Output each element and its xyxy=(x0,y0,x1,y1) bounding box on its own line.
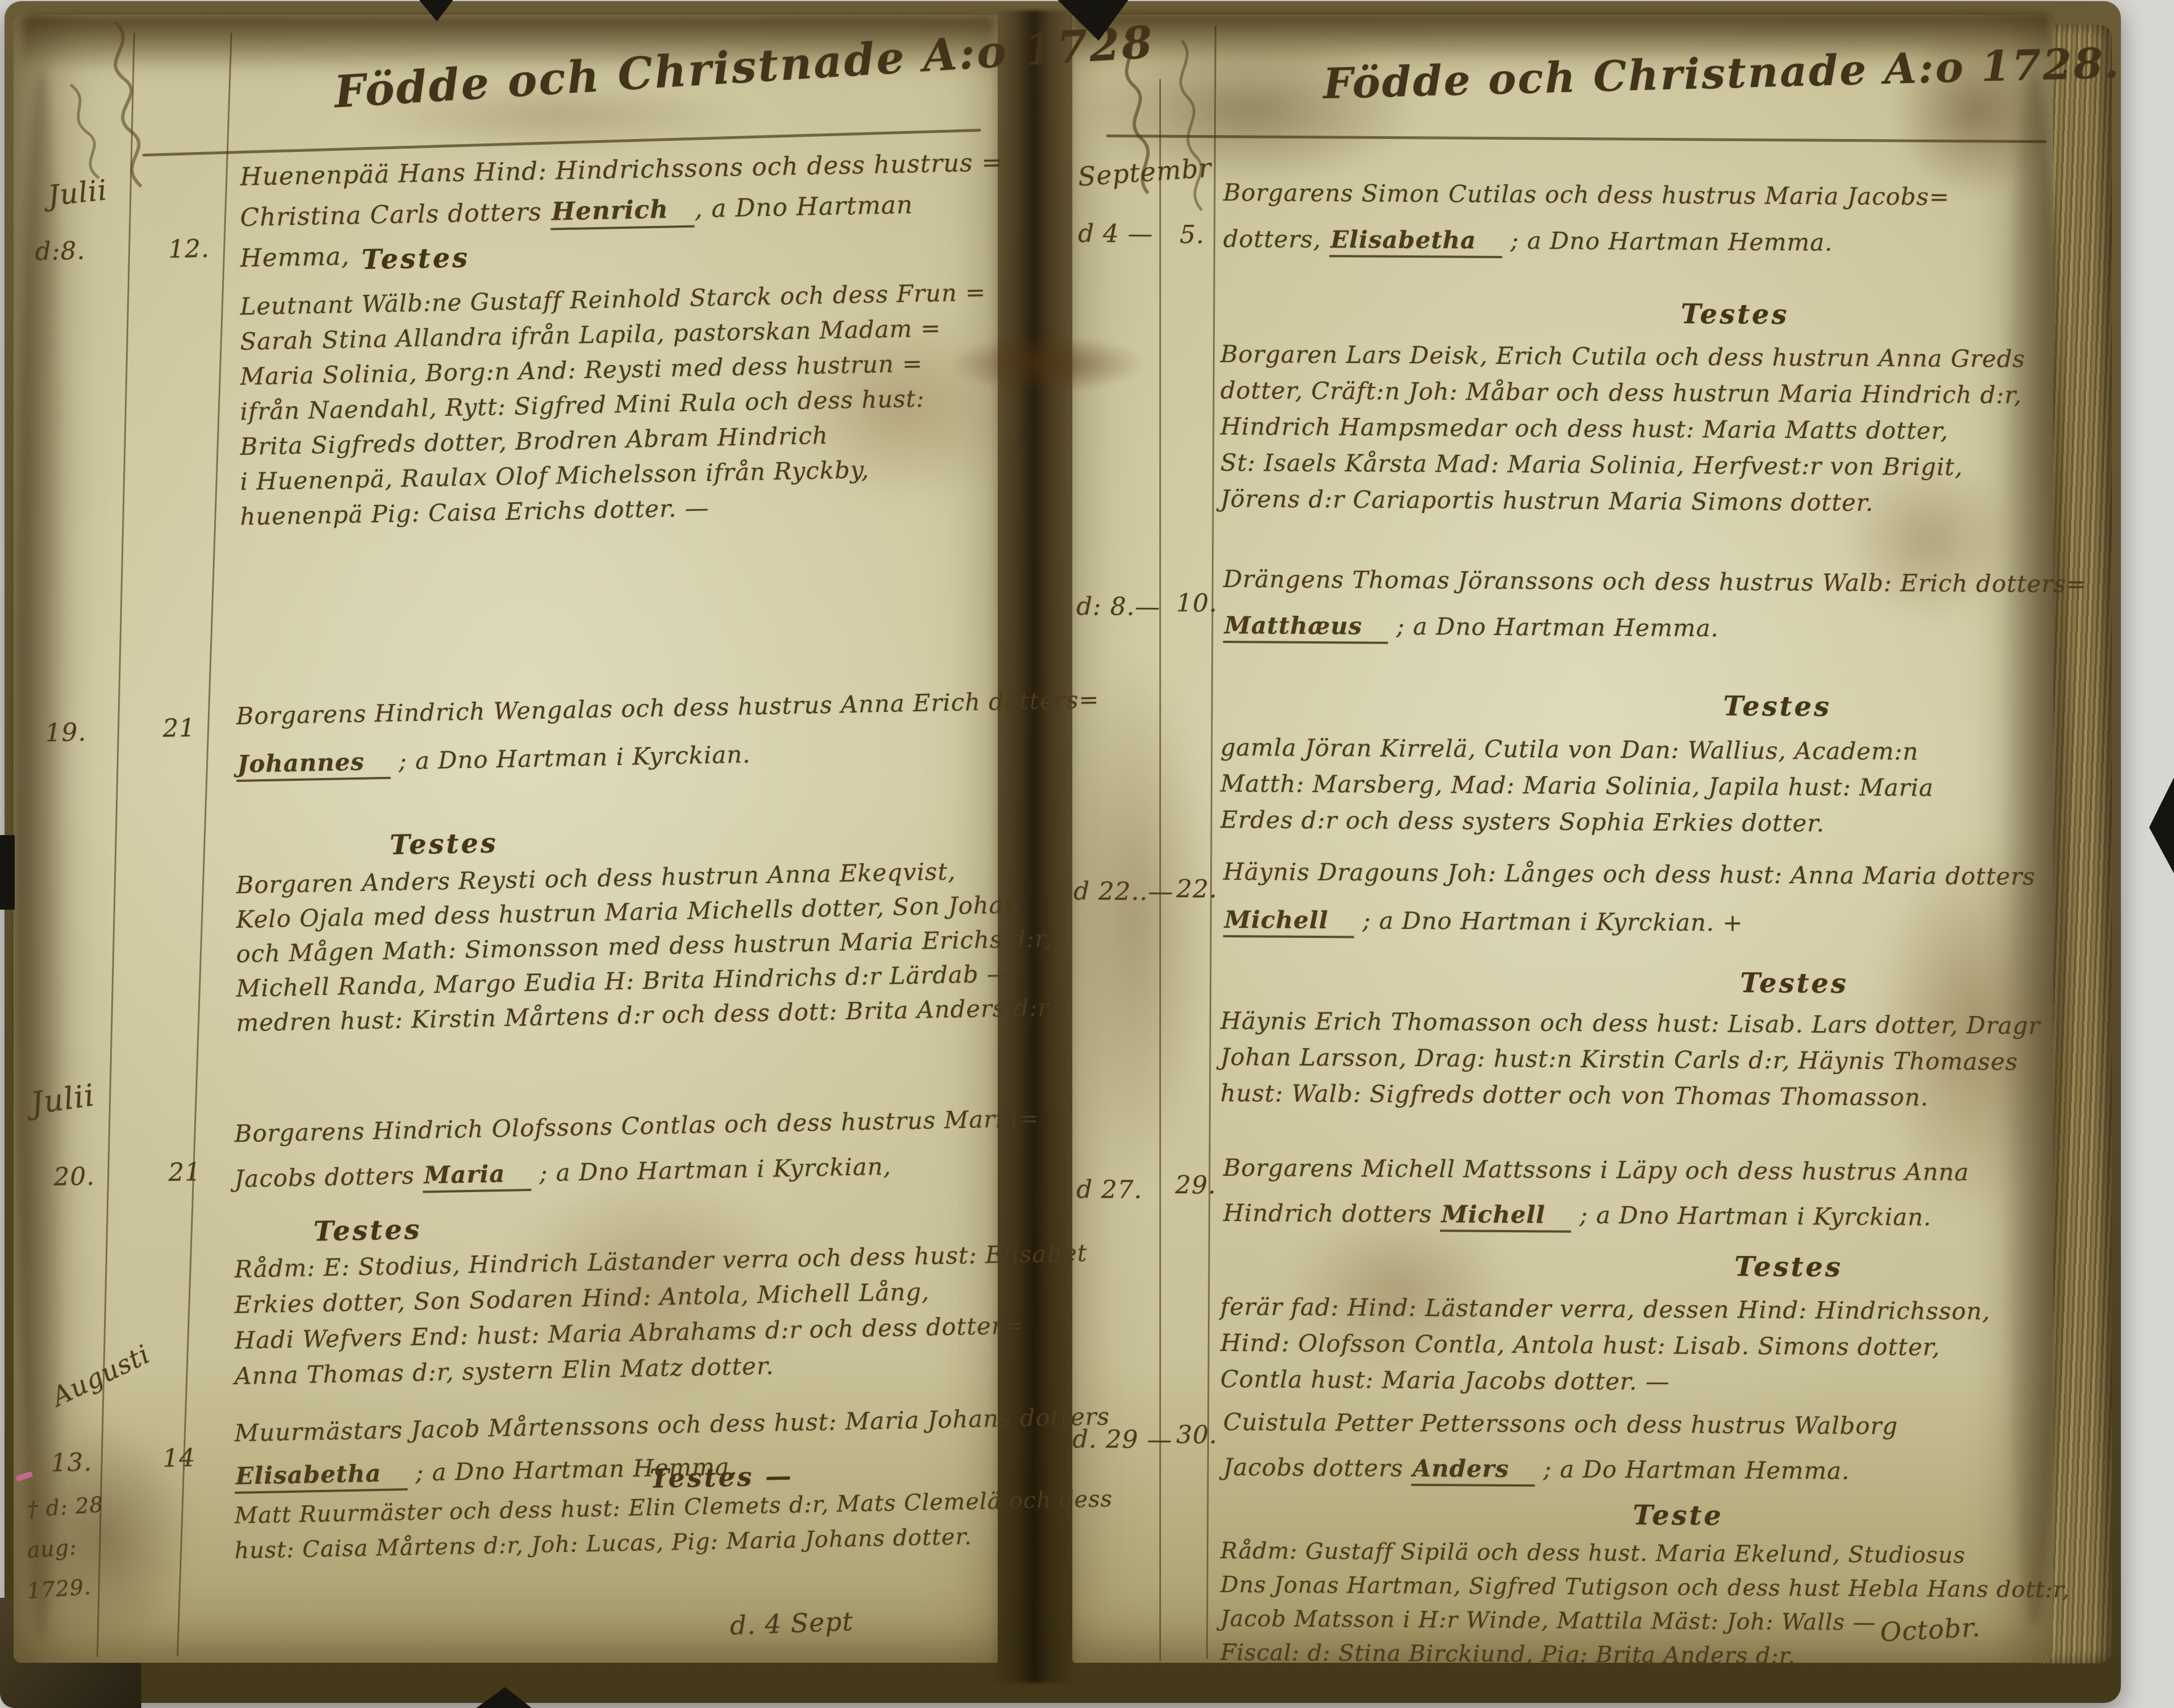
margin-death-note: † d: 28 xyxy=(26,1492,104,1522)
testes-line: dotter, Cräft:n Joh: Måbar och dess hust… xyxy=(1220,376,2022,409)
margin-date: 12. xyxy=(168,234,210,264)
margin-date: d 27. xyxy=(1076,1175,1142,1205)
testes-line: Matth: Marsberg, Mad: Maria Solinia, Jap… xyxy=(1220,770,1934,802)
margin-date: d 4 — xyxy=(1078,219,1153,249)
child-name: Anders xyxy=(1411,1454,1535,1487)
testes-line: Erdes d:r och dess systers Sophia Erkies… xyxy=(1220,806,1825,837)
margin-date: 19. xyxy=(45,718,87,747)
margin-date: 29. xyxy=(1175,1171,1216,1199)
entry-intro-line: Matthæus ; a Dno Hartman Hemma. xyxy=(1223,611,1719,642)
testes-heading: Testes xyxy=(1723,690,1832,723)
entry-intro-line: dotters, Elisabetha ; a Dno Hartman Hemm… xyxy=(1223,225,1833,257)
testes-line: Fiscal: d: Stina Birckiund, Pig: Brita A… xyxy=(1220,1640,1796,1669)
entry-intro-line: Christina Carls dotters Henrich, a Dno H… xyxy=(240,190,914,232)
testes-line: ifrån Naendahl, Rytt: Sigfred Mini Rula … xyxy=(240,385,925,425)
margin-date: 5. xyxy=(1180,220,1205,249)
testes-line: Hadi Wefvers End: hust: Maria Abrahams d… xyxy=(234,1311,1024,1354)
testes-line: hust: Caisa Mårtens d:r, Joh: Lucas, Pig… xyxy=(234,1524,972,1564)
child-name: Matthæus xyxy=(1223,611,1389,644)
margin-month: Augusti xyxy=(47,1338,155,1412)
margin-date: 20. xyxy=(54,1162,95,1192)
testes-line: Hindrich Hampsmedar och dess hust: Maria… xyxy=(1220,412,1949,445)
entry-intro-line: Jacobs dotters Maria ; a Dno Hartman i K… xyxy=(234,1153,892,1193)
testes-line: ferär fad: Hind: Lästander verra, dessen… xyxy=(1220,1293,1990,1325)
testes-line: Dns Jonas Hartman, Sigfred Tutigson och … xyxy=(1220,1572,2070,1603)
margin-date: d. 29 — xyxy=(1072,1425,1172,1454)
entry-intro-line: Borgarens Simon Cutilas och dess hustrus… xyxy=(1223,179,1950,211)
catchword: Octobr. xyxy=(1880,1612,1981,1648)
testes-line: Jacob Matsson i H:r Winde, Mattila Mäst:… xyxy=(1220,1606,1876,1636)
testes-heading: Testes xyxy=(313,1214,422,1248)
entry-intro-line: Drängens Thomas Jöranssons och dess hust… xyxy=(1223,565,2087,598)
testes-line: Sarah Stina Allandra ifrån Lapila, pasto… xyxy=(240,314,942,355)
testes-heading: Teste xyxy=(1633,1500,1724,1532)
testes-line: Contla hust: Maria Jacobs dotter. — xyxy=(1220,1365,1670,1396)
entry-intro-line: Hindrich dotters Michell ; a Dno Hartman… xyxy=(1223,1199,1932,1231)
entry-intro-line: Borgarens Hindrich Wengalas och dess hus… xyxy=(236,686,1100,730)
testes-line: Johan Larsson, Drag: hust:n Kirstin Carl… xyxy=(1220,1043,2018,1076)
entry-intro-line: Huenenpää Hans Hind: Hindrichssons och d… xyxy=(240,148,1003,192)
testes-line: Erkies dotter, Son Sodaren Hind: Antola,… xyxy=(234,1277,930,1319)
testes-heading: Testes xyxy=(361,242,470,276)
testes-line: i Huenenpä, Raulax Olof Michelsson ifrån… xyxy=(240,456,869,496)
testes-line: Leutnant Wälb:ne Gustaff Reinhold Starck… xyxy=(240,279,986,320)
entry-intro-line: Borgarens Michell Mattssons i Läpy och d… xyxy=(1223,1154,1969,1186)
entry-intro-line: Muurmästars Jacob Mårtenssons och dess h… xyxy=(234,1402,1110,1447)
entry-intro-line: Johannes ; a Dno Hartman i Kyrckian. xyxy=(236,741,751,778)
entry-intro-line: Häynis Dragouns Joh: Långes och dess hus… xyxy=(1223,858,2036,890)
testes-heading: Testes xyxy=(1734,1251,1843,1283)
testes-line: Häynis Erich Thomasson och dess hust: Li… xyxy=(1220,1007,2041,1040)
testes-line: Brita Sigfreds dotter, Brodren Abram Hin… xyxy=(240,421,829,460)
margin-date: 10. xyxy=(1176,589,1218,618)
child-name: Elisabetha xyxy=(1329,225,1502,258)
margin-date: d: 8.— xyxy=(1076,592,1160,622)
margin-date: d:8. xyxy=(35,236,86,266)
margin-death-note: 1729. xyxy=(26,1574,92,1603)
testes-line: gamla Jöran Kirrelä, Cutila von Dan: Wal… xyxy=(1220,733,1919,766)
margin-month: Julii xyxy=(46,173,109,212)
testes-heading: Testes xyxy=(1740,967,1849,999)
testes-line: hust: Walb: Sigfreds dotter och von Thom… xyxy=(1220,1079,1929,1111)
margin-date: d 22..— xyxy=(1073,877,1173,906)
entry-intro-line: Michell ; a Dno Hartman i Kyrckian. + xyxy=(1223,906,1743,937)
margin-date: 13. xyxy=(51,1448,93,1477)
margin-month: Julii xyxy=(29,1077,97,1122)
margin-date: 21 xyxy=(163,714,196,743)
entry-intro-line: Cuistula Petter Petterssons och dess hus… xyxy=(1223,1408,1898,1440)
book-photograph: Födde och Christnade A:o 1728 Födde och … xyxy=(0,0,2174,1708)
child-name: Johannes xyxy=(236,747,391,782)
testes-line: huenenpä Pig: Caisa Erichs dotter. — xyxy=(240,494,710,531)
testes-line: Hind: Olofsson Contla, Antola hust: Lisa… xyxy=(1220,1329,1941,1361)
testes-line: Maria Solinia, Borg:n And: Reysti med de… xyxy=(240,350,923,390)
margin-date: 30. xyxy=(1176,1420,1218,1449)
testes-line: Anna Thomas d:r, systern Elin Matz dotte… xyxy=(234,1352,775,1390)
entry-intro-line: Borgarens Hindrich Olofssons Contlas och… xyxy=(234,1105,1040,1148)
margin-month: Septembr xyxy=(1077,153,1212,192)
child-name: Elisabetha xyxy=(234,1459,408,1494)
child-name: Michell xyxy=(1223,906,1355,938)
testes-line: Rådm: Gustaff Sipilä och dess hust. Mari… xyxy=(1220,1538,1966,1568)
catchword: d. 4 Sept xyxy=(729,1606,854,1641)
testes-heading: Testes xyxy=(389,827,498,861)
margin-date: 14 xyxy=(163,1444,196,1473)
testes-heading: Testes xyxy=(1681,298,1789,331)
entry-intro-line: Hemma, xyxy=(240,242,350,273)
page-header: Födde och Christnade A:o 1728 xyxy=(333,16,1155,118)
mount-wedge xyxy=(0,835,15,910)
margin-date: 22. xyxy=(1176,875,1218,903)
page-header: Födde och Christnade A:o 1728. xyxy=(1323,39,2121,108)
testes-line: Borgaren Anders Reysti och dess hustrun … xyxy=(236,858,956,899)
margin-date: 21 xyxy=(168,1158,202,1187)
child-name: Maria xyxy=(423,1159,532,1193)
child-name: Michell xyxy=(1440,1200,1572,1232)
margin-death-note: aug: xyxy=(26,1535,77,1563)
testes-heading: Testes — xyxy=(649,1461,794,1494)
testes-line: Jörens d:r Cariaportis hustrun Maria Sim… xyxy=(1220,485,1874,516)
child-name: Henrich xyxy=(550,195,695,231)
testes-line: Borgaren Lars Deisk, Erich Cutila och de… xyxy=(1220,340,2025,373)
entry-intro-line: Jacobs dotters Anders ; a Do Hartman Hem… xyxy=(1223,1453,1850,1485)
handwriting-layer: Födde och Christnade A:o 1728 Födde och … xyxy=(0,0,2174,1708)
testes-line: St: Isaels Kårsta Mad: Maria Solinia, He… xyxy=(1220,449,1963,481)
